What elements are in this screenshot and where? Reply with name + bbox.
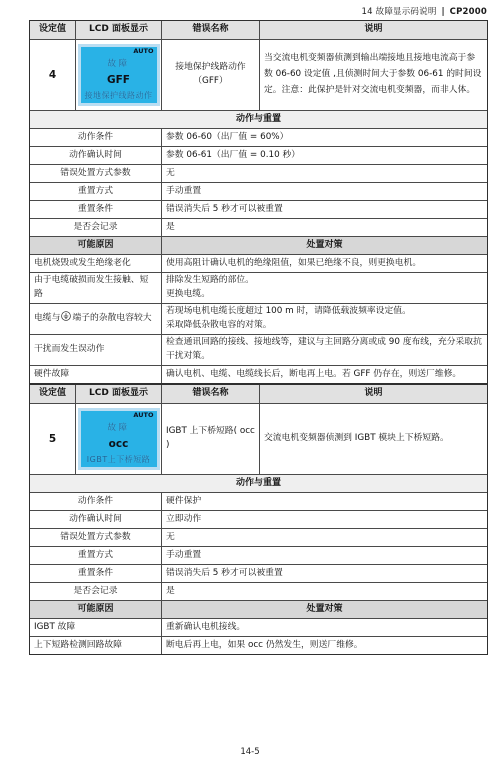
cause-row: 干扰而发生误动作 检查通讯回路的接线、接地线等，建议与主回路分离或成 90 度布… bbox=[30, 334, 487, 365]
fault-table-5: 设定值 LCD 面板显示 错误名称 说明 5 AUTO 故障 occ IGBT上… bbox=[29, 384, 488, 655]
action-value: 参数 06-60（出厂值 = 60%） bbox=[161, 129, 487, 146]
countermeasure-cell: 确认电机、电缆、电缆线长后，断电再上电。若 GFF 仍存在，则送厂维修。 bbox=[161, 366, 487, 383]
countermeasure-cell: 重新确认电机接线。 bbox=[161, 619, 487, 636]
action-row: 是否会记录 是 bbox=[30, 218, 487, 236]
lcd-fault-status: 故障 bbox=[84, 424, 154, 433]
action-row: 动作条件 硬件保护 bbox=[30, 492, 487, 510]
action-row: 动作确认时间 立即动作 bbox=[30, 510, 487, 528]
earth-ground-icon bbox=[61, 311, 71, 327]
column-header-row: 设定值 LCD 面板显示 错误名称 说明 bbox=[30, 21, 487, 39]
action-value: 无 bbox=[161, 529, 487, 546]
lcd-fault-message: 接地保护线路动作 bbox=[84, 91, 154, 101]
cause-row: 电缆与端子的杂散电容较大 若现场电机电缆长度超过 100 m 时，请降低载波频率… bbox=[30, 303, 487, 334]
action-reset-title: 动作与重置 bbox=[30, 475, 487, 492]
fault-description: 交流电机变频器侦测到 IGBT 模块上下桥短路。 bbox=[259, 404, 487, 474]
lcd-screen: AUTO 故障 GFF 接地保护线路动作 bbox=[81, 47, 157, 103]
cause-row: 由于电缆破损而发生接触、短路 排除发生短路的部位。 更换电缆。 bbox=[30, 272, 487, 303]
countermeasure-header: 处置对策 bbox=[161, 601, 487, 618]
fault-description: 当交流电机变频器侦测到输出端接地且接地电流高于参数 06-60 设定值 ,且侦测… bbox=[259, 40, 487, 110]
lcd-auto-indicator: AUTO bbox=[84, 412, 154, 419]
page-number: 14-5 bbox=[0, 747, 500, 757]
action-row: 是否会记录 是 bbox=[30, 582, 487, 600]
action-row: 动作条件 参数 06-60（出厂值 = 60%） bbox=[30, 128, 487, 146]
cause-text: 由于电缆破损而发生接触、短路 bbox=[30, 273, 161, 303]
error-name-cell: IGBT 上下桥短路( occ ) bbox=[161, 404, 259, 474]
countermeasure-cell: 断电后再上电，如果 occ 仍然发生，则送厂维修。 bbox=[161, 637, 487, 654]
lcd-screen: AUTO 故障 occ IGBT上下桥短路 bbox=[81, 411, 157, 467]
cause-row: IGBT 故障 重新确认电机接线。 bbox=[30, 618, 487, 636]
col-header-errorname: 错误名称 bbox=[161, 385, 259, 403]
cause-header: 可能原因 bbox=[30, 237, 161, 254]
action-value: 错误消失后 5 秒才可以被重置 bbox=[161, 201, 487, 218]
action-value: 立即动作 bbox=[161, 511, 487, 528]
action-row: 错误处置方式参数 无 bbox=[30, 164, 487, 182]
cause-text: 硬件故障 bbox=[30, 366, 161, 383]
action-value: 手动重置 bbox=[161, 547, 487, 564]
cause-header: 可能原因 bbox=[30, 601, 161, 618]
error-name-line1: IGBT 上下桥短路( occ ) bbox=[166, 425, 255, 452]
countermeasure-line: 若现场电机电缆长度超过 100 m 时，请降低载波频率设定值。 bbox=[166, 305, 483, 319]
lcd-fault-status: 故障 bbox=[84, 60, 154, 69]
col-header-setvalue: 设定值 bbox=[30, 385, 75, 403]
cause-text-prefix: 电缆与 bbox=[34, 313, 60, 323]
countermeasure-cell: 若现场电机电缆长度超过 100 m 时，请降低载波频率设定值。 采取降低杂散电容… bbox=[161, 304, 487, 334]
lcd-panel-cell: AUTO 故障 occ IGBT上下桥短路 bbox=[75, 404, 161, 474]
countermeasure-line: 确认电机、电缆、电缆线长后，断电再上电。若 GFF 仍存在，则送厂维修。 bbox=[166, 368, 483, 382]
error-name-cell: 接地保护线路动作 （GFF） bbox=[161, 40, 259, 110]
countermeasure-cell: 使用高阻计确认电机的绝缘阻值，如果已绝缘不良，则更换电机。 bbox=[161, 255, 487, 272]
action-label: 动作条件 bbox=[30, 493, 161, 510]
cause-header-row: 可能原因 处置对策 bbox=[30, 600, 487, 618]
countermeasure-line: 重新确认电机接线。 bbox=[166, 621, 483, 635]
countermeasure-line: 采取降低杂散电容的对策。 bbox=[166, 319, 483, 333]
cause-text: 上下短路检测回路故障 bbox=[30, 637, 161, 654]
error-name-line2: （GFF） bbox=[193, 75, 228, 89]
action-value: 无 bbox=[161, 165, 487, 182]
lcd-fault-code: GFF bbox=[84, 75, 154, 87]
action-row: 重置条件 错误消失后 5 秒才可以被重置 bbox=[30, 200, 487, 218]
action-value: 错误消失后 5 秒才可以被重置 bbox=[161, 565, 487, 582]
action-reset-banner: 动作与重置 bbox=[30, 474, 487, 492]
cause-text: 干扰而发生误动作 bbox=[30, 335, 161, 365]
action-row: 重置方式 手动重置 bbox=[30, 182, 487, 200]
countermeasure-header: 处置对策 bbox=[161, 237, 487, 254]
action-label: 是否会记录 bbox=[30, 583, 161, 600]
lcd-panel-cell: AUTO 故障 GFF 接地保护线路动作 bbox=[75, 40, 161, 110]
fault-code-value: 4 bbox=[30, 40, 75, 110]
header-separator: | bbox=[441, 7, 444, 17]
col-header-description: 说明 bbox=[259, 385, 487, 403]
action-label: 动作条件 bbox=[30, 129, 161, 146]
action-row: 重置方式 手动重置 bbox=[30, 546, 487, 564]
page-header: 14 故障显示码说明 | CP2000 bbox=[362, 5, 487, 17]
lcd-auto-indicator: AUTO bbox=[84, 48, 154, 55]
action-label: 重置条件 bbox=[30, 201, 161, 218]
action-value: 是 bbox=[161, 219, 487, 236]
action-label: 重置条件 bbox=[30, 565, 161, 582]
countermeasure-line: 更换电缆。 bbox=[166, 288, 483, 302]
action-value: 手动重置 bbox=[161, 183, 487, 200]
fault-row: 4 AUTO 故障 GFF 接地保护线路动作 接地保护线路动作 （GFF） 当交… bbox=[30, 39, 487, 110]
cause-header-row: 可能原因 处置对策 bbox=[30, 236, 487, 254]
countermeasure-cell: 检查通讯回路的接线、接地线等，建议与主回路分离或成 90 度布线，充分采取抗干扰… bbox=[161, 335, 487, 365]
countermeasure-line: 排除发生短路的部位。 bbox=[166, 274, 483, 288]
fault-code-value: 5 bbox=[30, 404, 75, 474]
countermeasure-line: 使用高阻计确认电机的绝缘阻值，如果已绝缘不良，则更换电机。 bbox=[166, 257, 483, 271]
action-label: 动作确认时间 bbox=[30, 511, 161, 528]
countermeasure-line: 检查通讯回路的接线、接地线等，建议与主回路分离或成 90 度布线，充分采取抗干扰… bbox=[166, 336, 483, 363]
action-reset-title: 动作与重置 bbox=[30, 111, 487, 128]
fault-table-4: 设定值 LCD 面板显示 错误名称 说明 4 AUTO 故障 GFF 接地保护线… bbox=[29, 20, 488, 384]
action-value: 是 bbox=[161, 583, 487, 600]
cause-text: 电机烧毁或发生绝缘老化 bbox=[30, 255, 161, 272]
cause-text: IGBT 故障 bbox=[30, 619, 161, 636]
action-label: 重置方式 bbox=[30, 547, 161, 564]
col-header-description: 说明 bbox=[259, 21, 487, 39]
lcd-panel: AUTO 故障 GFF 接地保护线路动作 bbox=[78, 44, 160, 106]
action-label: 是否会记录 bbox=[30, 219, 161, 236]
cause-row: 电机烧毁或发生绝缘老化 使用高阻计确认电机的绝缘阻值，如果已绝缘不良，则更换电机… bbox=[30, 254, 487, 272]
action-label: 重置方式 bbox=[30, 183, 161, 200]
action-label: 动作确认时间 bbox=[30, 147, 161, 164]
countermeasure-line: 断电后再上电，如果 occ 仍然发生，则送厂维修。 bbox=[166, 639, 483, 653]
col-header-lcd: LCD 面板显示 bbox=[75, 385, 161, 403]
lcd-fault-code: occ bbox=[84, 439, 154, 451]
col-header-lcd: LCD 面板显示 bbox=[75, 21, 161, 39]
cause-text-suffix: 端子的杂散电容较大 bbox=[72, 313, 151, 323]
action-reset-banner: 动作与重置 bbox=[30, 110, 487, 128]
action-row: 错误处置方式参数 无 bbox=[30, 528, 487, 546]
action-value: 硬件保护 bbox=[161, 493, 487, 510]
action-value: 参数 06-61（出厂值 = 0.10 秒） bbox=[161, 147, 487, 164]
lcd-fault-message: IGBT上下桥短路 bbox=[84, 455, 154, 465]
error-name-line1: 接地保护线路动作 bbox=[175, 61, 245, 75]
column-header-row: 设定值 LCD 面板显示 错误名称 说明 bbox=[30, 385, 487, 403]
product-name: CP2000 bbox=[450, 7, 487, 17]
action-row: 重置条件 错误消失后 5 秒才可以被重置 bbox=[30, 564, 487, 582]
countermeasure-cell: 排除发生短路的部位。 更换电缆。 bbox=[161, 273, 487, 303]
col-header-errorname: 错误名称 bbox=[161, 21, 259, 39]
cause-row: 上下短路检测回路故障 断电后再上电，如果 occ 仍然发生，则送厂维修。 bbox=[30, 636, 487, 654]
fault-row: 5 AUTO 故障 occ IGBT上下桥短路 IGBT 上下桥短路( occ … bbox=[30, 403, 487, 474]
cause-text-with-icon: 电缆与端子的杂散电容较大 bbox=[30, 304, 161, 334]
action-label: 错误处置方式参数 bbox=[30, 165, 161, 182]
action-label: 错误处置方式参数 bbox=[30, 529, 161, 546]
chapter-title: 14 故障显示码说明 bbox=[362, 7, 437, 17]
col-header-setvalue: 设定值 bbox=[30, 21, 75, 39]
lcd-panel: AUTO 故障 occ IGBT上下桥短路 bbox=[78, 408, 160, 470]
action-row: 动作确认时间 参数 06-61（出厂值 = 0.10 秒） bbox=[30, 146, 487, 164]
cause-row: 硬件故障 确认电机、电缆、电缆线长后，断电再上电。若 GFF 仍存在，则送厂维修… bbox=[30, 365, 487, 383]
